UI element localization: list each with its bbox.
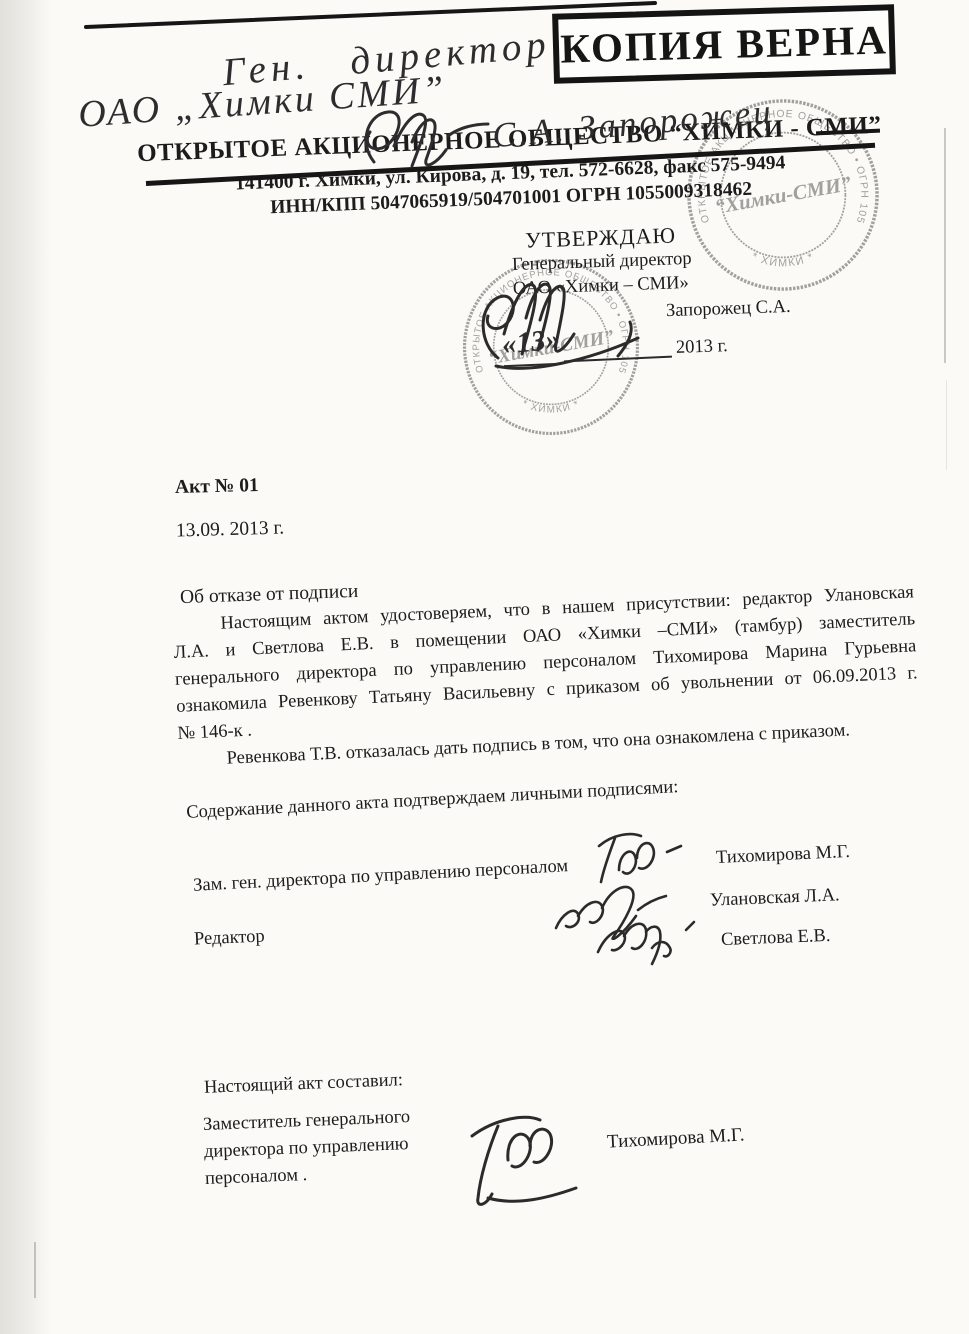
svg-text:* ХИМКИ *: * ХИМКИ * [750,251,817,270]
composed-by-name: Тихомирова М.Г. [607,1124,746,1153]
scanned-document-page: КОПИЯ ВЕРНА Ген. директор ОАО „Химки СМИ… [0,0,969,1334]
scan-left-shadow [0,0,52,1334]
act-paragraph: Настоящим актом удостоверяем, что в наше… [172,579,921,774]
composed-by-signature [452,1110,592,1210]
act-date: 13.09. 2013 г. [176,517,285,542]
director-signature [470,272,650,377]
act-number: Акт № 01 [175,475,259,499]
composed-by-title: Настоящий акт составил: [204,1070,404,1099]
signature-name-ulanovskaya: Улановская Л.А. [710,885,840,911]
copy-verna-label: КОПИЯ ВЕРНА [560,15,889,72]
signature-name-svetlova: Светлова Е.В. [721,926,831,951]
confirm-statement: Содержание данного акта подтверждаем лич… [186,777,679,824]
seal-bottom-text: * ХИМКИ * [750,251,817,270]
signature-role-editor: Редактор [194,927,266,951]
scan-scratch-right-2 [946,380,947,470]
signature-name-tikhomirova: Тихомирова М.Г. [716,842,851,869]
svg-text:* ХИМКИ *: * ХИМКИ * [520,398,581,415]
signature-svetlova [590,908,705,970]
seal-bottom-text: * ХИМКИ * [520,398,581,415]
approval-year: 2013 г. [676,336,728,359]
scan-scratch-bottom-left [34,1242,36,1298]
composed-by-role: Заместитель генерального директора по уп… [203,1104,413,1193]
approval-signer-name: Запорожец С.А. [666,297,791,322]
scan-scratch-right [944,128,946,363]
signature-role-deputy: Зам. ген. директора по управлению персон… [193,856,569,897]
copy-verna-stamp: КОПИЯ ВЕРНА [552,4,896,84]
